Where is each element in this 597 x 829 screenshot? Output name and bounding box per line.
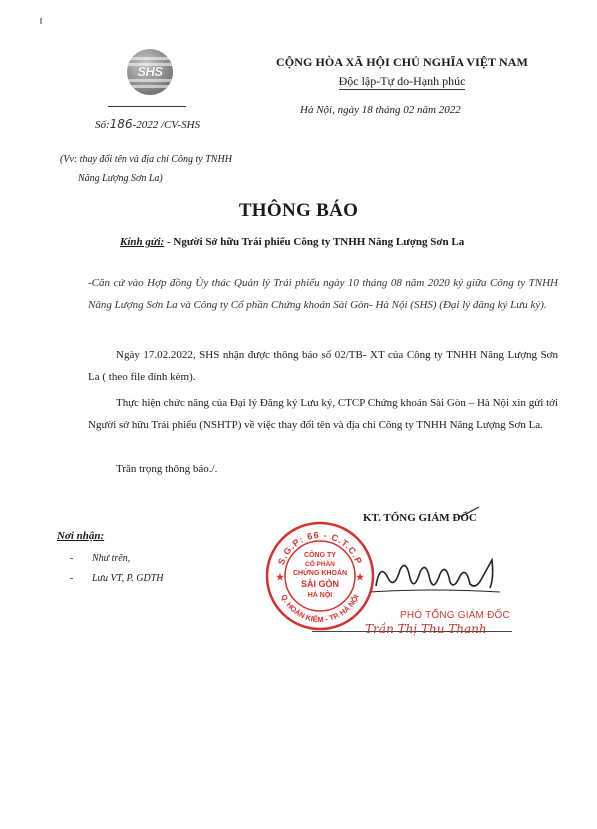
body-paragraph-action: Thực hiện chức năng của Đại lý Đăng ký L…: [88, 392, 558, 436]
scan-mark: [40, 18, 42, 24]
signature-scribble-icon: [370, 548, 530, 598]
document-title: THÔNG BÁO: [0, 200, 597, 222]
svg-text:SÀI GÒN: SÀI GÒN: [301, 578, 339, 589]
national-title: CỘNG HÒA XÃ HỘI CHỦ NGHĨA VIỆT NAM: [262, 55, 542, 70]
document-date: Hà Nội, ngày 18 tháng 02 năm 2022: [300, 104, 461, 116]
svg-text:CỔ PHẦN: CỔ PHẦN: [305, 558, 335, 568]
svg-text:★: ★: [356, 572, 365, 582]
signer-name: Trần Thị Thu Thanh: [365, 622, 487, 636]
svg-text:CHỨNG KHOÁN: CHỨNG KHOÁN: [293, 568, 347, 577]
signer-position: PHÓ TỔNG GIÁM ĐỐC: [400, 610, 510, 621]
logo-text: SHS: [127, 64, 173, 79]
recipient-item: -Như trên,: [70, 553, 130, 564]
document-reference: Số:186-2022 /CV-SHS: [95, 117, 200, 131]
initial-mark-icon: [455, 506, 481, 520]
body-paragraph-notice: Ngày 17.02.2022, SHS nhận được thông báo…: [88, 344, 558, 388]
recipients-title: Nơi nhận:: [57, 530, 104, 542]
company-seal-icon: S.G.P: 66 - C.T.C.P Q. HOÀN KIẾM - TP. H…: [264, 520, 376, 632]
addressee: Kính gửi: - Người Sở hữu Trái phiếu Công…: [120, 236, 464, 248]
reference-number: 186: [110, 117, 133, 131]
national-motto: Độc lập-Tự do-Hạnh phúc: [262, 74, 542, 89]
body-paragraph-legal-basis: -Căn cứ vào Hợp đồng Ủy thác Quản lý Trá…: [88, 272, 558, 316]
recipient-item: -Lưu VT, P. GDTH: [70, 573, 164, 584]
logo-underline: [108, 106, 186, 107]
svg-text:HÀ NỘI: HÀ NỘI: [308, 590, 333, 599]
svg-text:★: ★: [276, 572, 285, 582]
document-subject: (Vv: thay đổi tên và địa chỉ Công ty TNH…: [60, 150, 280, 188]
shs-logo: SHS: [127, 49, 173, 95]
body-paragraph-closing: Trân trọng thông báo./.: [88, 458, 558, 480]
svg-text:CÔNG TY: CÔNG TY: [304, 550, 336, 559]
